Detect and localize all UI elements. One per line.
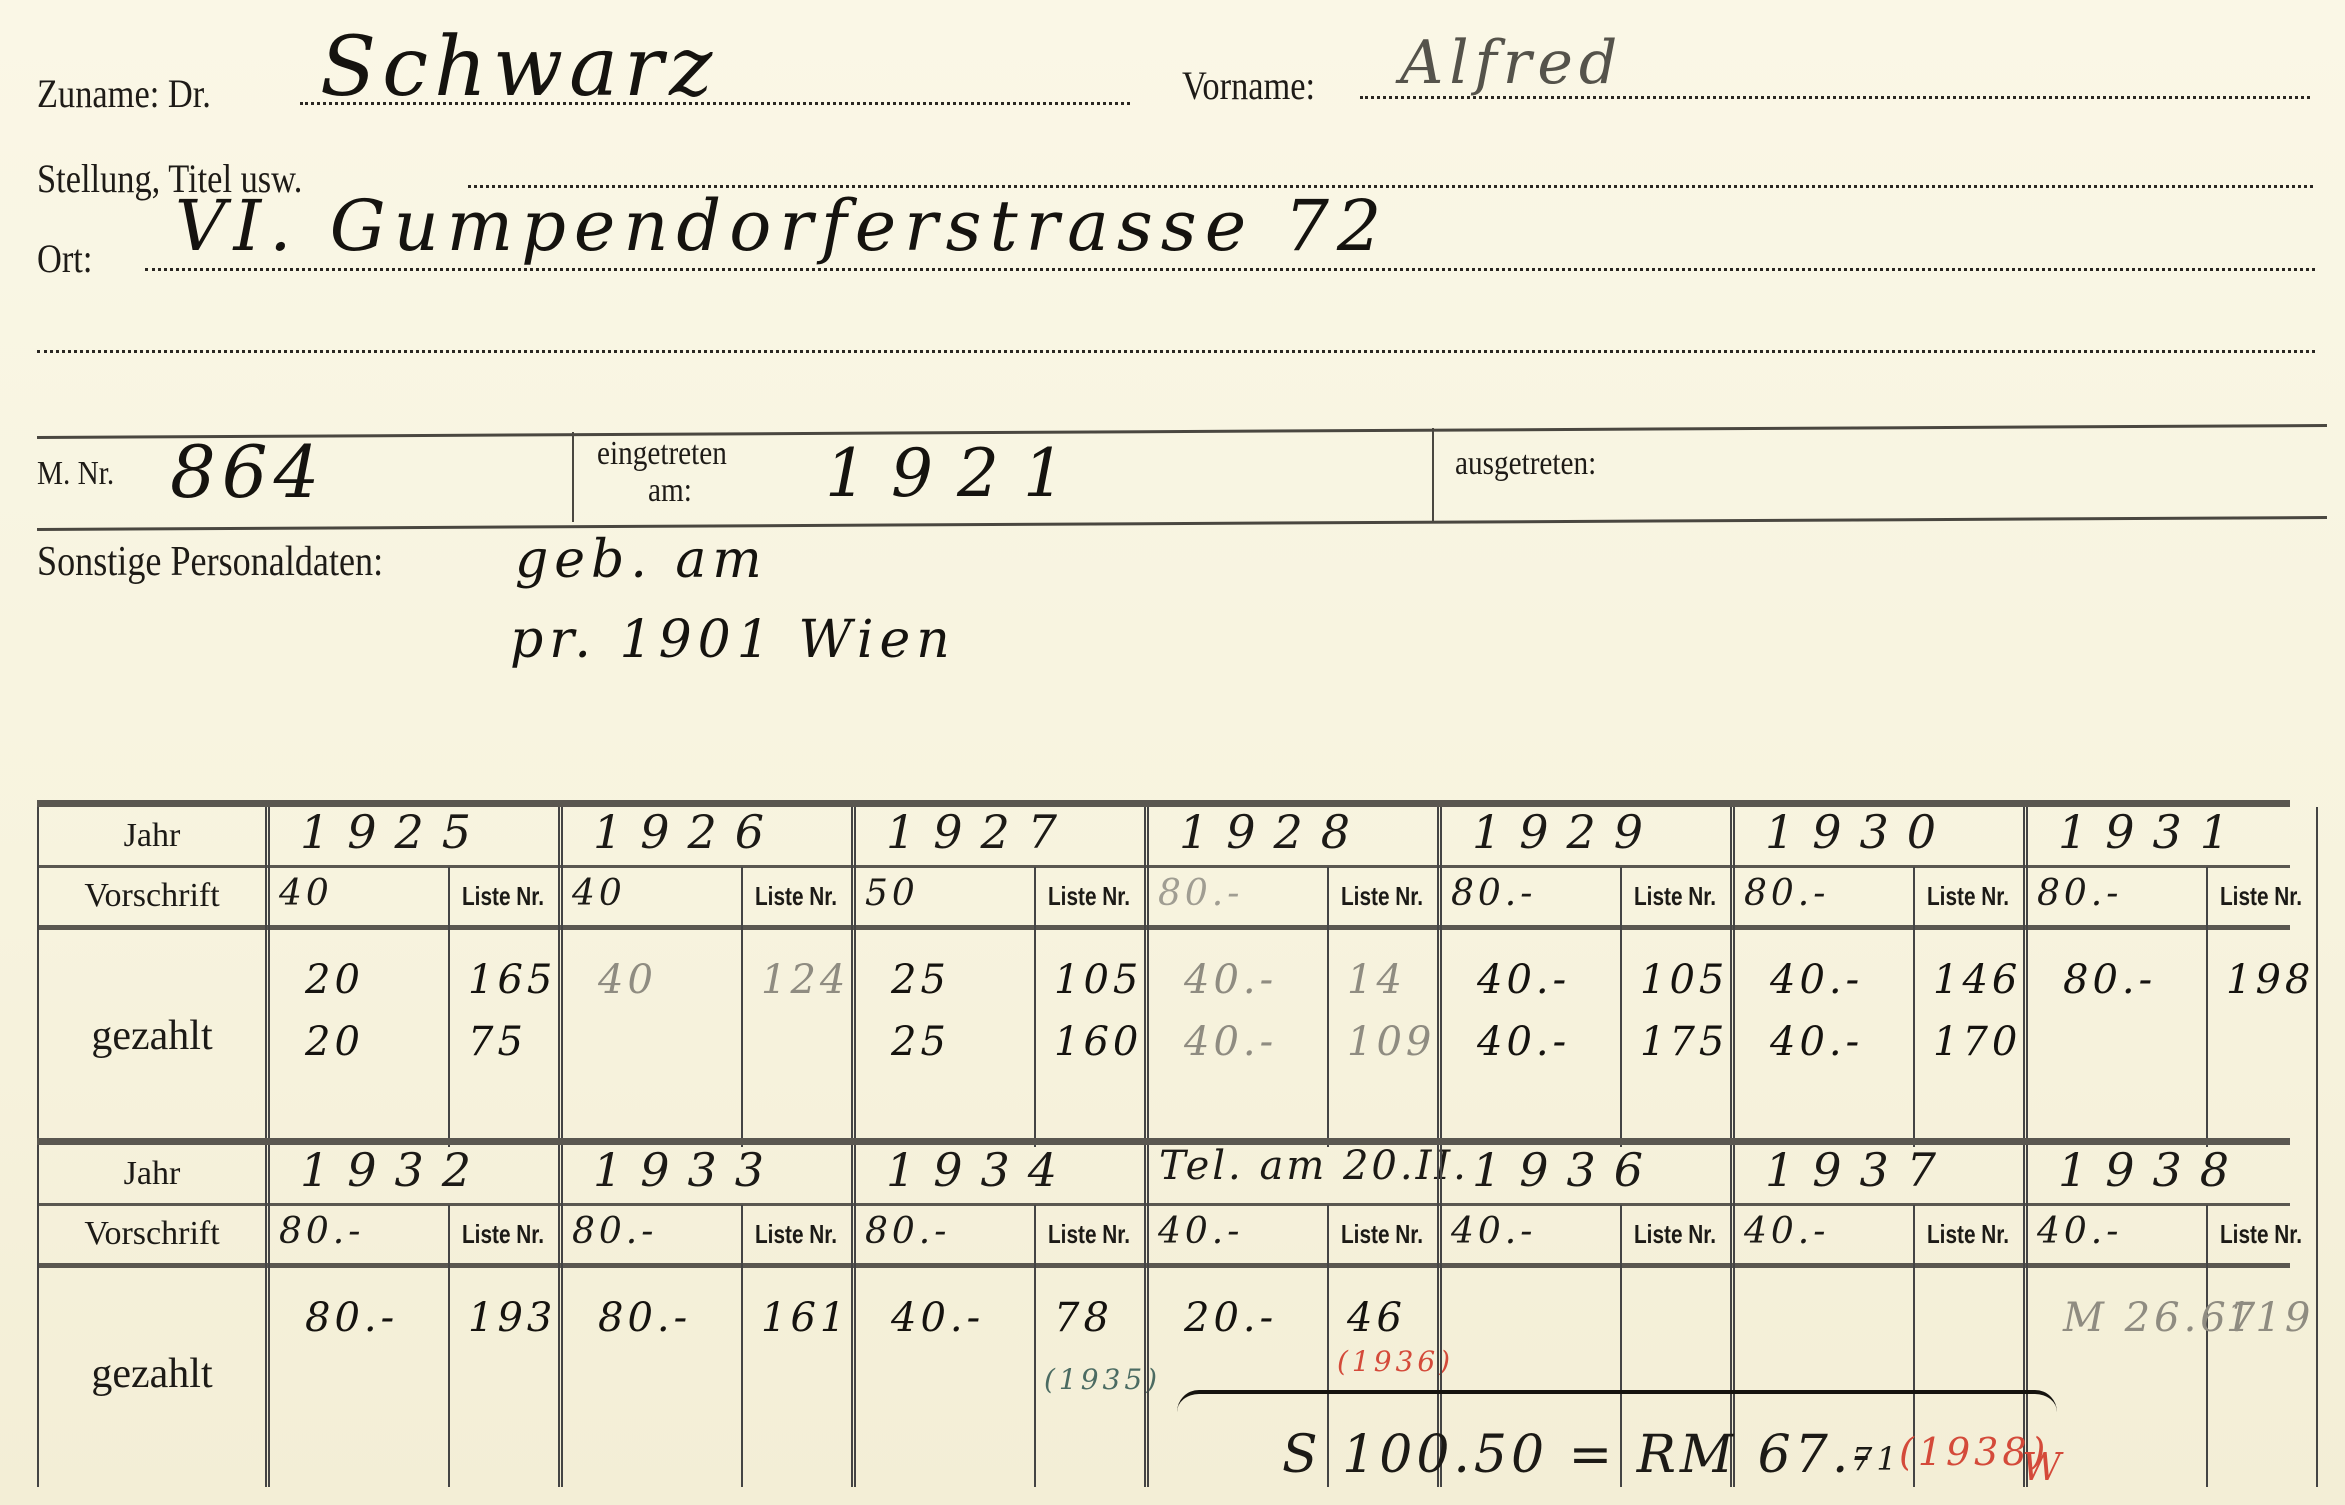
prescribed-value: 80.-	[865, 1211, 950, 1252]
year-value: 1936	[1472, 1143, 1661, 1197]
paid-label: gezahlt	[37, 929, 267, 1143]
list-number: 175	[1640, 1019, 1728, 1065]
list-column-divider	[1620, 867, 1622, 1147]
extra-line	[37, 350, 2315, 353]
year-value: 1933	[593, 1143, 782, 1197]
table-right-border	[2316, 807, 2318, 1147]
membership-divider-2	[1432, 428, 1434, 522]
year-value: 1931	[2058, 805, 2247, 859]
year-value: 1932	[300, 1143, 489, 1197]
list-column-divider	[741, 1205, 743, 1487]
paid-amount: 40.-	[891, 1295, 984, 1341]
list-number: 46	[1347, 1295, 1406, 1341]
firstname-label: Vorname:	[1182, 62, 1315, 109]
list-number: 170	[1933, 1019, 2021, 1065]
prescribed-value: 40.-	[1744, 1211, 1829, 1252]
list-no-label: Liste Nr.	[1926, 867, 2011, 925]
member-no-value: 864	[170, 430, 325, 514]
year-value: 1930	[1765, 805, 1954, 859]
paid-amount: 40.-	[1477, 1019, 1570, 1065]
summary-note: S 100.50 = RM 67.-	[1282, 1425, 1874, 1485]
paid-amount: 80.-	[2063, 957, 2156, 1003]
prescribed-value: 80.-	[279, 1211, 364, 1252]
place-line	[145, 268, 2315, 271]
list-number: 198	[2226, 957, 2314, 1003]
paid-amount: 40.-	[1477, 957, 1570, 1003]
joined-label-2: am:	[648, 472, 692, 510]
paid-amount: 20.-	[1184, 1295, 1277, 1341]
table-right-border	[2316, 1145, 2318, 1487]
prescribed-label: Vorschrift	[37, 867, 267, 925]
membership-top-rule	[37, 424, 2327, 439]
list-column-divider	[741, 867, 743, 1147]
list-number: 193	[468, 1295, 556, 1341]
prescribed-value: 40.-	[1451, 1211, 1536, 1252]
year-value: 1929	[1472, 805, 1661, 859]
paid-amount: 40.-	[1184, 1019, 1277, 1065]
prescribed-value: 40.-	[2037, 1211, 2122, 1252]
list-no-label: Liste Nr.	[461, 867, 546, 925]
list-number: 146	[1933, 957, 2021, 1003]
prescribed-value: 40.-	[1158, 1211, 1243, 1252]
list-number: 109	[1347, 1019, 1435, 1065]
year-value: Tel. am 20.II.	[1159, 1143, 1469, 1189]
prescribed-value: 80.-	[572, 1211, 657, 1252]
year-column-divider	[265, 1145, 271, 1487]
membership-bottom-rule	[37, 516, 2327, 531]
row-divider	[37, 1263, 2290, 1268]
paid-amount: 40.-	[1770, 1019, 1863, 1065]
joined-value: 1921	[825, 435, 1089, 512]
year-column-divider	[1730, 807, 1736, 1147]
contribution-table: JahrVorschriftgezahlt192540Liste Nr.2020…	[37, 800, 2290, 1147]
prescribed-value: 80.-	[1158, 873, 1243, 914]
prescribed-value: 50	[865, 873, 919, 914]
list-no-label: Liste Nr.	[1047, 1205, 1132, 1263]
prescribed-value: 80.-	[1744, 873, 1829, 914]
year-column-divider	[1437, 807, 1443, 1147]
personal-line2: pr. 1901 Wien	[510, 610, 956, 670]
surname-value: Schwarz	[320, 20, 718, 115]
summary-initial: W	[2022, 1445, 2065, 1489]
membership-divider-1	[572, 432, 574, 522]
year-value: 1925	[300, 805, 489, 859]
list-column-divider	[1913, 867, 1915, 1147]
summary-bracket	[1177, 1390, 2057, 1412]
list-column-divider	[1327, 867, 1329, 1147]
year-value: 1926	[593, 805, 782, 859]
left-label: ausgetreten:	[1455, 445, 1596, 483]
summary-ref: 71	[1852, 1440, 1901, 1478]
year-label: Jahr	[37, 1145, 267, 1203]
list-number: 161	[761, 1295, 849, 1341]
list-no-label: Liste Nr.	[1926, 1205, 2011, 1263]
list-number: 105	[1054, 957, 1142, 1003]
year-value: 1937	[1765, 1143, 1954, 1197]
paid-amount: 20	[305, 1019, 364, 1065]
firstname-value: Alfred	[1400, 28, 1623, 98]
list-no-label: Liste Nr.	[754, 1205, 839, 1263]
list-no-label: Liste Nr.	[1633, 1205, 1718, 1263]
member-no-label: M. Nr.	[37, 455, 114, 493]
year-column-divider	[851, 1145, 857, 1487]
prescribed-value: 80.-	[2037, 873, 2122, 914]
prescribed-value: 40	[279, 873, 333, 914]
paid-amount: 25	[891, 957, 950, 1003]
list-column-divider	[448, 1205, 450, 1487]
paid-amount: 25	[891, 1019, 950, 1065]
list-column-divider	[448, 867, 450, 1147]
list-no-label: Liste Nr.	[1047, 867, 1132, 925]
joined-label-1: eingetreten	[597, 435, 727, 473]
paid-amount: 40.-	[1770, 957, 1863, 1003]
list-number: 124	[761, 957, 849, 1003]
list-no-label: Liste Nr.	[1340, 867, 1425, 925]
year-value: 1927	[886, 805, 1075, 859]
list-column-divider	[2206, 1205, 2208, 1487]
list-no-label: Liste Nr.	[2219, 1205, 2304, 1263]
paid-amount: 80.-	[305, 1295, 398, 1341]
year-column-divider	[265, 807, 271, 1147]
list-column-divider	[2206, 867, 2208, 1147]
list-number: 14	[1347, 957, 1406, 1003]
paid-amount: 40.-	[1184, 957, 1277, 1003]
list-column-divider	[1034, 1205, 1036, 1487]
year-column-divider	[558, 1145, 564, 1487]
year-value: 1928	[1179, 805, 1368, 859]
paid-amount: 40	[598, 957, 657, 1003]
year-value: 1934	[886, 1143, 1075, 1197]
place-label: Ort:	[37, 235, 92, 282]
personal-line1: geb. am	[515, 530, 768, 590]
paid-amount: 20	[305, 957, 364, 1003]
paid-amount: 80.-	[598, 1295, 691, 1341]
prescribed-value: 80.-	[1451, 873, 1536, 914]
list-column-divider	[1034, 867, 1036, 1147]
list-no-label: Liste Nr.	[1633, 867, 1718, 925]
year-column-divider	[851, 807, 857, 1147]
membership-index-card: Zuname: Dr. Schwarz Vorname: Alfred Stel…	[0, 0, 2345, 1505]
prescribed-value: 40	[572, 873, 626, 914]
list-no-label: Liste Nr.	[1340, 1205, 1425, 1263]
list-number: 78	[1054, 1295, 1113, 1341]
personal-label: Sonstige Personaldaten:	[37, 538, 383, 586]
contribution-table: JahrVorschriftgezahlt193280.-Liste Nr.80…	[37, 1138, 2290, 1487]
year-value: 1938	[2058, 1143, 2247, 1197]
year-column-divider	[2023, 807, 2029, 1147]
row-divider	[37, 925, 2290, 930]
year-label: Jahr	[37, 807, 267, 865]
list-number: 160	[1054, 1019, 1142, 1065]
prescribed-label: Vorschrift	[37, 1205, 267, 1263]
list-number: 105	[1640, 957, 1728, 1003]
list-no-label: Liste Nr.	[754, 867, 839, 925]
paid-label: gezahlt	[37, 1267, 267, 1481]
place-value: VI. Gumpendorferstrasse 72	[175, 185, 1389, 267]
list-number: 75	[468, 1019, 527, 1065]
year-column-divider	[558, 807, 564, 1147]
list-no-label: Liste Nr.	[2219, 867, 2304, 925]
list-no-label: Liste Nr.	[461, 1205, 546, 1263]
year-column-divider	[1144, 1145, 1150, 1487]
list-number: 119	[2226, 1295, 2314, 1341]
surname-label: Zuname: Dr.	[37, 70, 211, 117]
list-number: 165	[468, 957, 556, 1003]
year-column-divider	[1144, 807, 1150, 1147]
